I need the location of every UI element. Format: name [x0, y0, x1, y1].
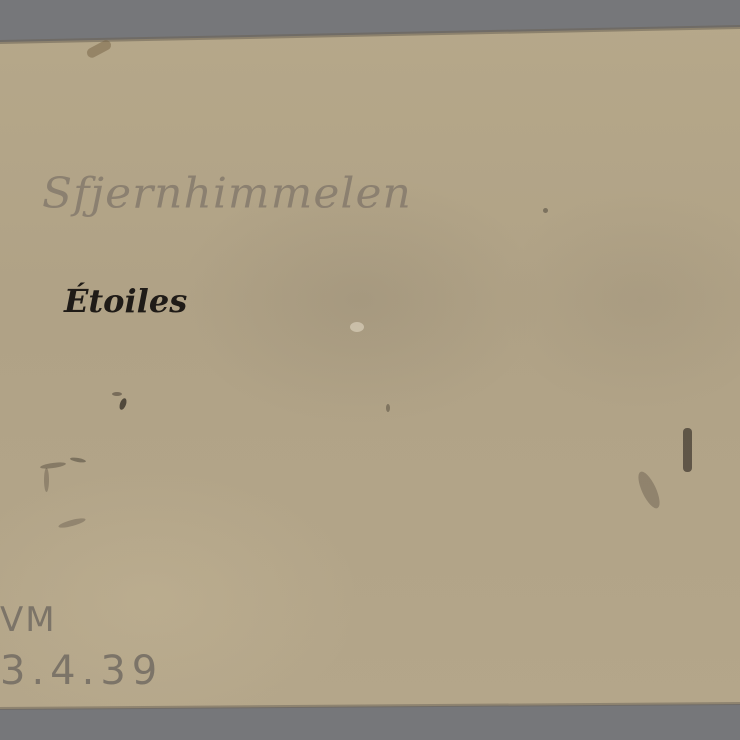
photo-scene: Sfjernhimmelen Étoiles VM 3.4.39 — [0, 0, 740, 740]
paper-light-spot — [350, 322, 364, 332]
ink-smudge — [683, 428, 692, 472]
ink-handwritten-word: Étoiles — [64, 282, 187, 320]
ink-smudge — [44, 468, 49, 492]
pencil-date: 3.4.39 — [0, 648, 163, 694]
pencil-handwritten-title: Sfjernhimmelen — [42, 169, 412, 217]
pencil-initials: VM — [0, 600, 57, 640]
ink-smudge — [386, 404, 390, 412]
pencil-period-dot — [543, 208, 548, 213]
paper-sheet — [0, 0, 740, 740]
ink-smudge — [112, 392, 122, 396]
